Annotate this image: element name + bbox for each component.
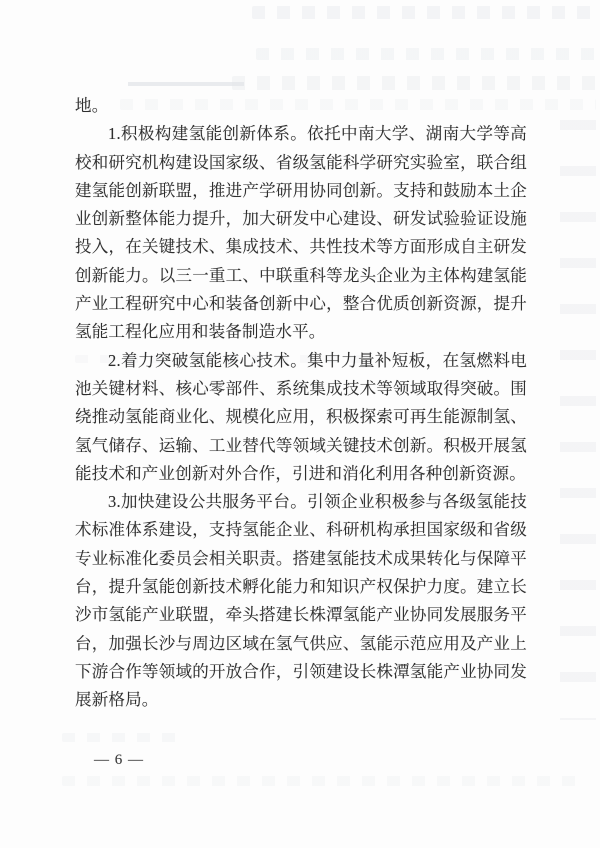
paragraph-hydrogen-innovation-system: 1.积极构建氢能创新体系。依托中南大学、湖南大学等高校和研究机构建设国家级、省级… (75, 120, 527, 346)
continuation-line: 地。 (75, 92, 527, 120)
scan-artifact (560, 120, 596, 720)
scan-artifact (232, 76, 596, 90)
scan-artifact (252, 6, 596, 19)
scan-artifact (62, 733, 182, 742)
document-page: 地。 1.积极构建氢能创新体系。依托中南大学、湖南大学等高校和研究机构建设国家级… (0, 0, 600, 848)
paragraph-public-service-platform: 3.加快建设公共服务平台。引领企业积极参与各级氢能技术标准体系建设，支持氢能企业… (75, 488, 527, 714)
page-number: — 6 — (94, 752, 144, 769)
scan-artifact (256, 48, 596, 60)
scan-artifact (62, 776, 582, 786)
scan-artifact (128, 82, 244, 86)
paragraph-core-technology: 2.着力突破氢能核心技术。集中力量补短板，在氢燃料电池关键材料、核心零部件、系统… (75, 347, 527, 488)
document-body: 地。 1.积极构建氢能创新体系。依托中南大学、湖南大学等高校和研究机构建设国家级… (75, 92, 527, 715)
